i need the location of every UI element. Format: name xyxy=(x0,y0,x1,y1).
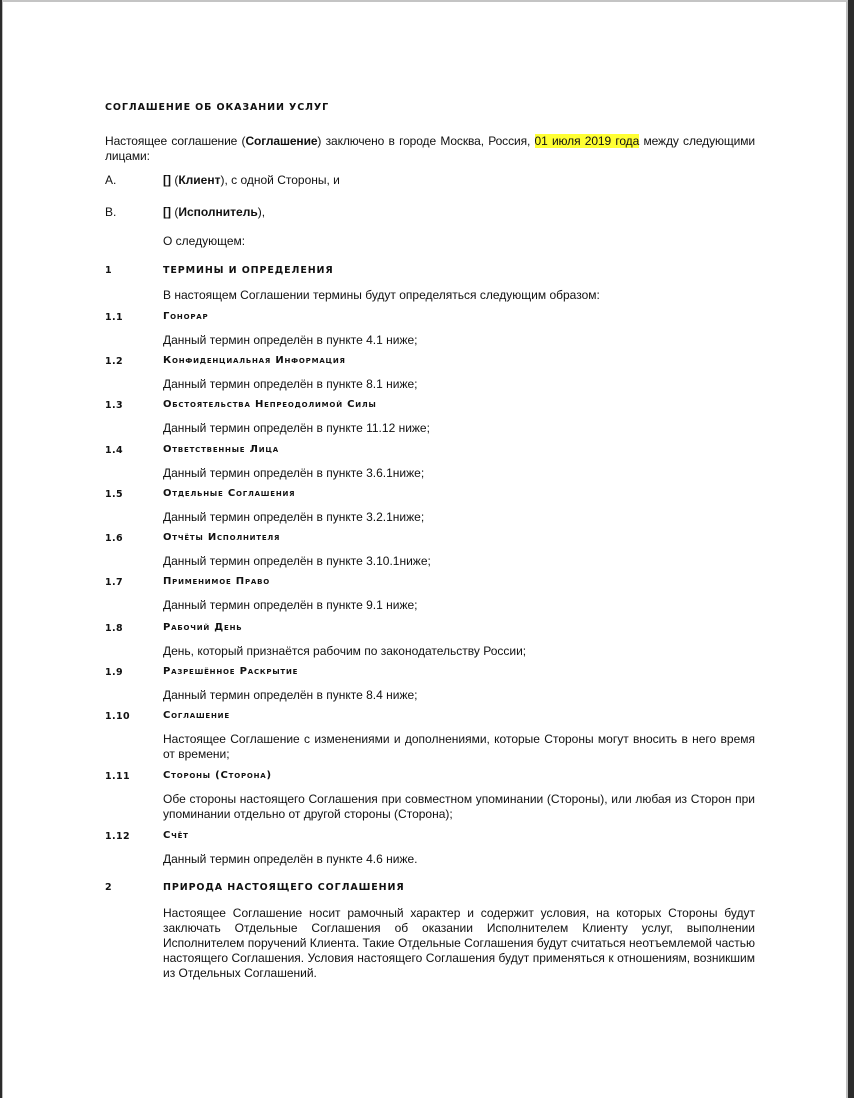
term-title: Ответственные Лица xyxy=(163,444,279,455)
term-number: 1.7 xyxy=(105,577,123,588)
party-role-text: ), с одной Стороны, и xyxy=(220,173,339,187)
term-title: Применимое Право xyxy=(163,576,270,587)
term-definition: Данный термин определён в пункте 4.1 ниж… xyxy=(163,333,755,348)
term-number: 1.3 xyxy=(105,400,123,411)
term-number: 1.5 xyxy=(105,489,123,500)
term-title: Конфиденциальная Информация xyxy=(163,355,346,366)
section-title: Природа настоящего соглашения xyxy=(163,882,405,893)
term-title: Счёт xyxy=(163,830,189,841)
party-letter: B. xyxy=(105,205,116,219)
term-title: Стороны (Сторона) xyxy=(163,770,272,781)
term-definition: Данный термин определён в пункте 11.12 н… xyxy=(163,421,755,436)
term-title: Разрешённое Раскрытие xyxy=(163,666,298,677)
term-definition: Данный термин определён в пункте 9.1 ниж… xyxy=(163,598,755,613)
party-letter: A. xyxy=(105,173,116,187)
term-title: Рабочий День xyxy=(163,622,242,633)
term-number: 1.10 xyxy=(105,711,130,722)
term-definition: Данный термин определён в пункте 3.2.1ни… xyxy=(163,510,755,525)
term-definition: Настоящее Соглашение с изменениями и доп… xyxy=(163,732,755,762)
term-title: Обстоятельства Непреодолимой Силы xyxy=(163,399,377,410)
term-number: 1.11 xyxy=(105,771,130,782)
term-number: 1.6 xyxy=(105,533,123,544)
term-definition: Данный термин определён в пункте 8.1 ниж… xyxy=(163,377,755,392)
intro-defined-term: Соглашение xyxy=(245,134,317,148)
term-title: Отчёты Исполнителя xyxy=(163,532,280,543)
viewer-frame: Соглашение об оказании услуг Настоящее с… xyxy=(0,0,854,1098)
document-page: Соглашение об оказании услуг Настоящее с… xyxy=(2,0,848,1098)
highlighted-date[interactable]: 01 июля 2019 года xyxy=(535,134,640,148)
term-definition: Данный термин определён в пункте 8.4 ниж… xyxy=(163,688,755,703)
term-title: Соглашение xyxy=(163,710,230,721)
intro-text-before: Настоящее соглашение ( xyxy=(105,134,245,148)
intro-text-middle: ) заключено в городе Москва, Россия, xyxy=(317,134,534,148)
term-definition: Данный термин определён в пункте 3.6.1ни… xyxy=(163,466,755,481)
section-number: 2 xyxy=(105,882,112,893)
term-number: 1.8 xyxy=(105,623,123,634)
term-number: 1.2 xyxy=(105,356,123,367)
party-name: Клиент xyxy=(178,173,220,187)
following-text: О следующем: xyxy=(163,234,755,249)
placeholder-field[interactable]: [] xyxy=(163,173,171,187)
section-body: Настоящее Соглашение носит рамочный хара… xyxy=(163,906,755,981)
party-name: Исполнитель xyxy=(178,205,257,219)
section-lead: В настоящем Соглашении термины будут опр… xyxy=(163,288,755,303)
term-title: Гонорар xyxy=(163,311,208,322)
placeholder-field[interactable]: [] xyxy=(163,205,171,219)
term-number: 1.4 xyxy=(105,445,123,456)
section-title: Термины и определения xyxy=(163,265,334,276)
term-definition: Обе стороны настоящего Соглашения при со… xyxy=(163,792,755,822)
party-role-text: ), xyxy=(258,205,265,219)
party-text: [] (Клиент), с одной Стороны, и xyxy=(163,173,340,187)
document-title: Соглашение об оказании услуг xyxy=(105,102,329,113)
term-definition: Данный термин определён в пункте 3.10.1н… xyxy=(163,554,755,569)
term-number: 1.1 xyxy=(105,312,123,323)
term-number: 1.12 xyxy=(105,831,130,842)
intro-paragraph: Настоящее соглашение (Соглашение) заключ… xyxy=(105,134,755,164)
term-definition: День, который признаётся рабочим по зако… xyxy=(163,644,755,659)
party-text: [] (Исполнитель), xyxy=(163,205,265,219)
section-number: 1 xyxy=(105,265,112,276)
term-number: 1.9 xyxy=(105,667,123,678)
term-definition: Данный термин определён в пункте 4.6 ниж… xyxy=(163,852,755,867)
term-title: Отдельные Соглашения xyxy=(163,488,295,499)
